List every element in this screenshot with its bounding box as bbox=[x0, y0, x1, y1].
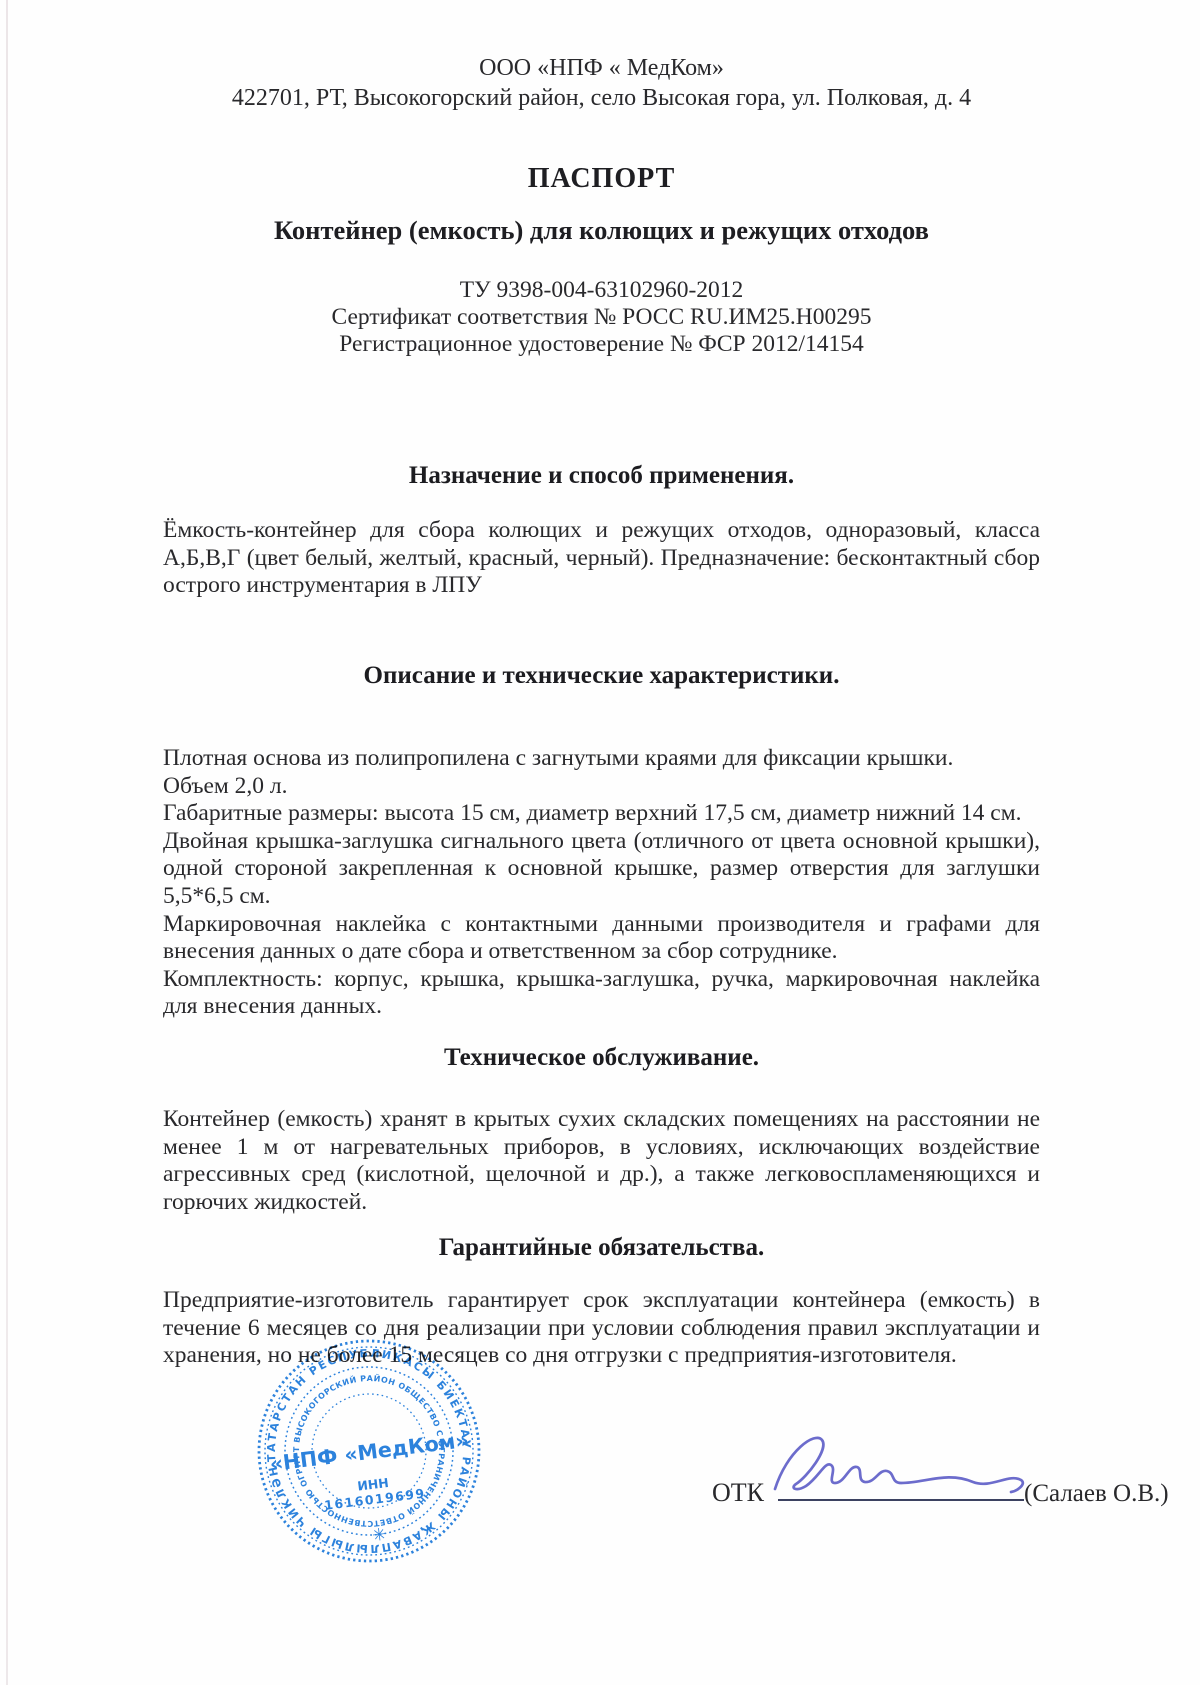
scanned-document-page: ООО «НПФ « МедКом» 422701, РТ, Высокогор… bbox=[0, 0, 1200, 1685]
conformity-certificate: Сертификат соответствия № РОСС RU.ИМ25.Н… bbox=[163, 304, 1040, 331]
scan-edge-line bbox=[6, 0, 8, 1685]
description-paragraphs: Плотная основа из полипропилена с загнут… bbox=[163, 745, 1040, 1021]
signer-name: (Салаев О.В.) bbox=[1024, 1480, 1169, 1507]
section-heading-purpose: Назначение и способ применения. bbox=[163, 462, 1040, 490]
handwritten-signature bbox=[765, 1425, 1055, 1525]
description-line: Габаритные размеры: высота 15 см, диамет… bbox=[163, 800, 1040, 828]
maintenance-paragraph: Контейнер (емкость) хранят в крытых сухи… bbox=[163, 1106, 1040, 1216]
section-heading-description: Описание и технические характеристики. bbox=[163, 662, 1040, 690]
purpose-paragraph: Ёмкость-контейнер для сбора колющих и ре… bbox=[163, 517, 1040, 600]
registration-certificate: Регистрационное удостоверение № ФСР 2012… bbox=[163, 331, 1040, 358]
section-heading-warranty: Гарантийные обязательства. bbox=[163, 1234, 1040, 1262]
description-line: Маркировочная наклейка с контактными дан… bbox=[163, 911, 1040, 966]
signature-line bbox=[778, 1477, 1024, 1501]
company-address: 422701, РТ, Высокогорский район, село Вы… bbox=[163, 85, 1040, 112]
document-subtitle: Контейнер (емкость) для колющих и режущи… bbox=[163, 215, 1040, 246]
otk-label: ОТК bbox=[712, 1478, 764, 1507]
company-name: ООО «НПФ « МедКом» bbox=[163, 55, 1040, 82]
tu-number: ТУ 9398-004-63102960-2012 bbox=[163, 277, 1040, 304]
document-title: ПАСПОРТ bbox=[163, 163, 1040, 195]
description-line: Объем 2,0 л. bbox=[163, 773, 1040, 801]
company-stamp: ТАТАРСТАН РЕСПУБЛИКАСЫ БИЕКТАУ РАЙОНЫ ҖА… bbox=[255, 1337, 483, 1565]
description-line: Плотная основа из полипропилена с загнут… bbox=[163, 745, 1040, 773]
description-line: Комплектность: корпус, крышка, крышка-за… bbox=[163, 966, 1040, 1021]
sign-off-row: ОТК(Салаев О.В.) bbox=[712, 1477, 1132, 1508]
stamp-star-icon: ✳ bbox=[371, 1525, 388, 1547]
description-line: Двойная крышка-заглушка сигнального цвет… bbox=[163, 828, 1040, 911]
section-heading-maintenance: Техническое обслуживание. bbox=[163, 1044, 1040, 1072]
